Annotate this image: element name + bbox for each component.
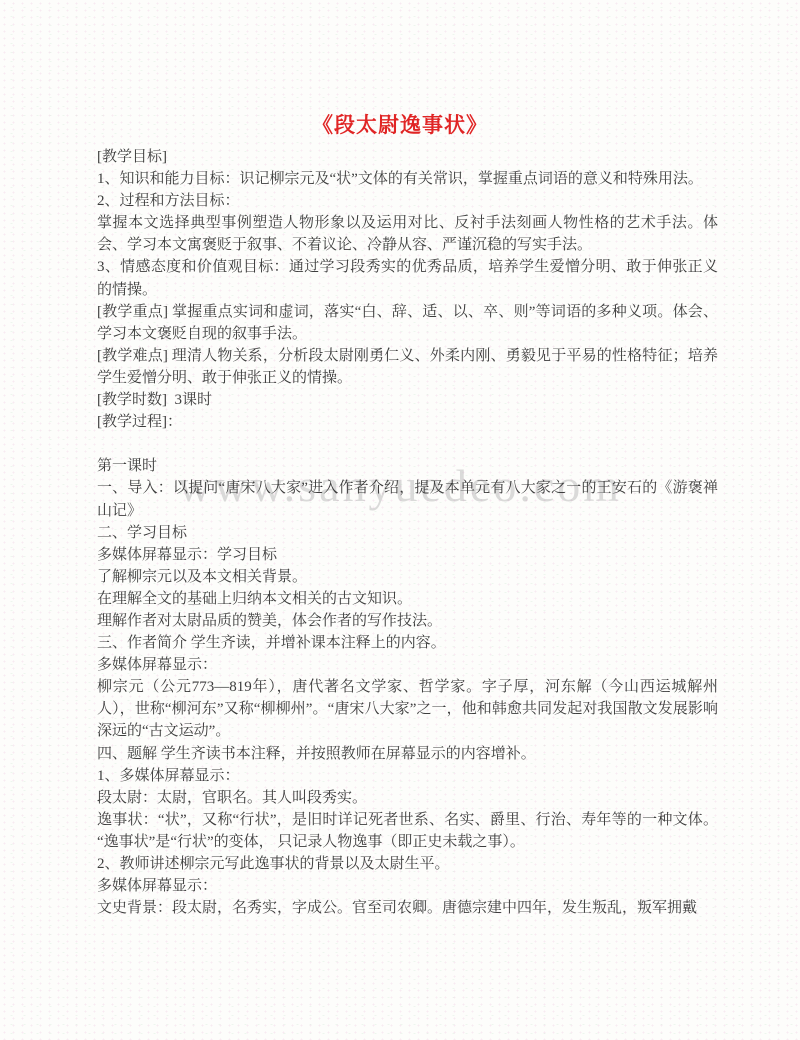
paragraph-line: 在理解全文的基础上归纳本文相关的古文知识。 <box>97 588 718 610</box>
paragraph-line: 第一课时 <box>97 455 718 477</box>
paragraph-line: 3、情感态度和价值观目标：通过学习段秀实的优秀品质，培养学生爱憎分明、敢于伸张正… <box>97 256 718 300</box>
paragraph-line: 逸事状：“状”，又称“行状”，是旧时详记死者世系、名实、爵里、行治、寿年等的一种… <box>97 809 718 853</box>
document-page: www.sanyuedeo.com 《段太尉逸事状》 [教学目标]1、知识和能力… <box>0 0 800 1040</box>
paragraph-line: 2、过程和方法目标： <box>97 190 718 212</box>
paragraph-line: 2、教师讲述柳宗元写此逸事状的背景以及太尉生平。 <box>97 853 718 875</box>
paragraph-line: 掌握本文选择典型事例塑造人物形象以及运用对比、反衬手法刻画人物性格的艺术手法。体… <box>97 212 718 256</box>
paragraph-line: [教学时数] 3课时 <box>97 389 718 411</box>
paragraph-line: 了解柳宗元以及本文相关背景。 <box>97 566 718 588</box>
paragraph-line: 柳宗元（公元773—819年），唐代著名文学家、哲学家。字子厚，河东解（今山西运… <box>97 676 718 742</box>
paragraph-line: 段太尉：太尉，官职名。其人叫段秀实。 <box>97 787 718 809</box>
paragraph-line: 多媒体屏幕显示： <box>97 654 718 676</box>
document-title: 《段太尉逸事状》 <box>0 109 800 139</box>
paragraph-line: [教学过程]： <box>97 411 718 433</box>
paragraph-line: [教学难点] 理清人物关系，分析段太尉刚勇仁义、外柔内刚、勇毅见于平易的性格特征… <box>97 345 718 389</box>
paragraph-line: 1、多媒体屏幕显示： <box>97 765 718 787</box>
paragraph-line: 理解作者对太尉品质的赞美，体会作者的写作技法。 <box>97 610 718 632</box>
paragraph-line: 三、作者简介 学生齐读，并增补课本注释上的内容。 <box>97 632 718 654</box>
paragraph-line: 二、学习目标 <box>97 522 718 544</box>
paragraph-line: [教学重点] 掌握重点实词和虚词，落实“白、辞、适、以、卒、则”等词语的多种义项… <box>97 301 718 345</box>
blank-line <box>97 433 718 455</box>
paragraph-line: 1、知识和能力目标：识记柳宗元及“状”文体的有关常识，掌握重点词语的意义和特殊用… <box>97 168 718 190</box>
paragraph-line: 一、导入：以提问“唐宋八大家”进入作者介绍，提及本单元有八大家之一的王安石的《游… <box>97 477 718 521</box>
paragraph-line: [教学目标] <box>97 146 718 168</box>
paragraph-line: 多媒体屏幕显示：学习目标 <box>97 544 718 566</box>
paragraph-line: 四、题解 学生齐读书本注释，并按照教师在屏幕显示的内容增补。 <box>97 743 718 765</box>
document-body: [教学目标]1、知识和能力目标：识记柳宗元及“状”文体的有关常识，掌握重点词语的… <box>97 146 718 919</box>
paragraph-line: 文史背景：段太尉，名秀实，字成公。官至司农卿。唐德宗建中四年，发生叛乱，叛军拥戴 <box>97 897 718 919</box>
paragraph-line: 多媒体屏幕显示： <box>97 875 718 897</box>
